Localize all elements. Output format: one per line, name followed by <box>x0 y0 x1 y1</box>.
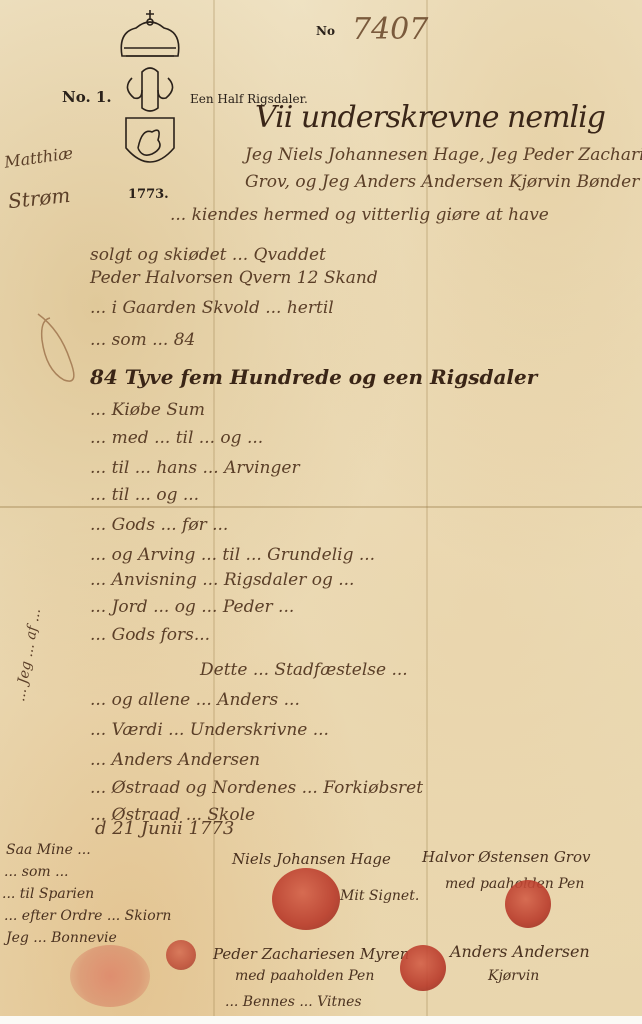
bottom-line: ... Bennes ... Vitnes <box>225 994 362 1010</box>
scan-margin <box>0 1016 642 1024</box>
signature-name: Niels Johansen Hage <box>232 850 391 868</box>
body-line: Dette ... Stadfæstelse ... <box>200 660 408 680</box>
document-page: No. 1. Een Half Rigsdaler. 1773. No 7407… <box>0 0 642 1016</box>
body-line: ... Østraad og Nordenes ... Forkiøbsret <box>90 778 423 798</box>
body-line: ... med ... til ... og ... <box>90 428 263 448</box>
body-line: ... og Arving ... til ... Grundelig ... <box>90 545 375 565</box>
body-line: ... til ... hans ... Arvinger <box>90 458 300 478</box>
faded-wax-seal <box>70 945 150 1007</box>
witness-line: ... efter Ordre ... Skiorn <box>4 908 171 924</box>
body-line: Peder Halvorsen Qvern 12 Skand <box>90 268 378 288</box>
body-line: ... kiendes hermed og vitterlig giøre at… <box>170 205 549 225</box>
horizontal-fold <box>0 506 642 508</box>
stamp-number: No. 1. <box>62 88 112 106</box>
body-line: ... i Gaarden Skvold ... hertil <box>90 298 334 318</box>
vertical-fold <box>213 0 215 1016</box>
body-line: ... og allene ... Anders ... <box>90 690 300 710</box>
side-note: ... Jeg ... af ... <box>12 607 44 703</box>
witness-line: ... som ... <box>4 864 69 880</box>
document-date: d 21 Junii 1773 <box>95 818 234 839</box>
witness-line: Jeg ... Bonnevie <box>6 930 117 946</box>
body-line: solgt og skiødet ... Qvaddet <box>90 245 326 265</box>
witness-line: ... til Sparien <box>2 886 94 902</box>
signature-name: Anders Andersen <box>450 942 590 961</box>
flourish-icon <box>30 310 90 390</box>
body-line: ... Anders Andersen <box>90 750 260 770</box>
body-line: ... Anvisning ... Rigsdaler og ... <box>90 570 354 590</box>
body-line: ... Kiøbe Sum <box>90 400 205 420</box>
wax-seal <box>505 880 551 928</box>
signature-note: med paaholden Pen <box>235 968 374 984</box>
body-line-amount: 84 Tyve fem Hundrede og een Rigsdaler <box>90 365 537 389</box>
serial-number: 7407 <box>352 12 428 47</box>
crown-monogram-emblem-icon <box>112 8 188 178</box>
signature-note: Kjørvin <box>488 968 539 984</box>
witness-line: Saa Mine ... <box>6 842 91 858</box>
signature-name: Peder Zachariesen Myren <box>213 945 409 963</box>
margin-note: Matthiæ <box>3 143 74 171</box>
document-title: Vii underskrevne nemlig <box>255 100 605 135</box>
body-line: ... Jord ... og ... Peder ... <box>90 597 294 617</box>
stamp-year: 1773. <box>128 187 169 202</box>
signature-name: Halvor Østensen Grov <box>422 848 591 866</box>
body-line: ... Gods fors... <box>90 625 210 645</box>
margin-note: Strøm <box>7 183 71 213</box>
serial-label: No <box>316 24 335 38</box>
wax-seal <box>166 940 196 970</box>
body-line: ... til ... og ... <box>90 485 199 505</box>
body-line: ... som ... 84 <box>90 330 195 350</box>
body-line: Grov, og Jeg Anders Andersen Kjørvin Bøn… <box>245 172 642 192</box>
wax-seal <box>400 945 446 991</box>
body-line: ... Gods ... før ... <box>90 515 228 535</box>
body-line: Jeg Niels Johannesen Hage, Jeg Peder Zac… <box>245 145 642 165</box>
body-line: ... Værdi ... Underskrivne ... <box>90 720 329 740</box>
signature-note: Mit Signet. <box>340 888 419 904</box>
wax-seal <box>272 868 340 930</box>
